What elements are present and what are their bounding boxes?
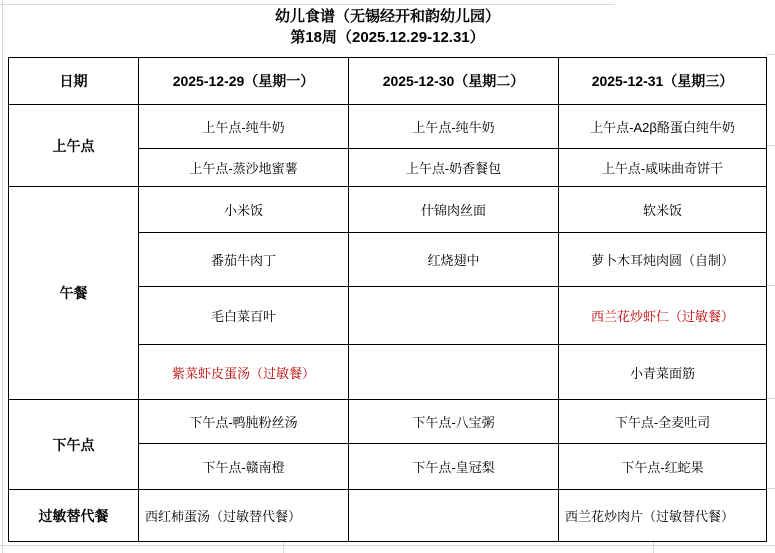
gridline (766, 145, 775, 146)
column-header-wednesday: 2025-12-31（星期三） (559, 58, 767, 105)
gridline (766, 398, 775, 399)
gridline (283, 541, 284, 553)
table-row: 上午点 上午点-纯牛奶 上午点-纯牛奶 上午点-A2β酪蛋白纯牛奶 (9, 105, 767, 149)
section-label-lunch: 午餐 (9, 187, 139, 400)
cell-lunch-r1-mon: 小米饭 (139, 187, 349, 233)
menu-table: 日期 2025-12-29（星期一） 2025-12-30（星期二） 2025-… (8, 57, 767, 542)
cell-morning-snack-r2-wed: 上午点-咸味曲奇饼干 (559, 149, 767, 187)
cell-lunch-r1-tue: 什锦肉丝面 (349, 187, 559, 233)
cell-morning-snack-r1-mon: 上午点-纯牛奶 (139, 105, 349, 149)
cell-allergy-substitute-wed: 西兰花炒肉片（过敏替代餐） (559, 490, 767, 542)
cell-afternoon-snack-r1-mon: 下午点-鸭肫粉丝汤 (139, 400, 349, 444)
table-row: 午餐 小米饭 什锦肉丝面 软米饭 (9, 187, 767, 233)
cell-lunch-r4-tue (349, 345, 559, 400)
section-label-allergy-substitute: 过敏替代餐 (9, 490, 139, 542)
section-label-morning-snack: 上午点 (9, 105, 139, 187)
cell-lunch-r1-wed: 软米饭 (559, 187, 767, 233)
cell-afternoon-snack-r1-tue: 下午点-八宝粥 (349, 400, 559, 444)
cell-morning-snack-r2-mon: 上午点-蒸沙地蜜薯 (139, 149, 349, 187)
cell-allergy-substitute-mon: 西红柿蛋汤（过敏替代餐） (139, 490, 349, 542)
column-header-monday: 2025-12-29（星期一） (139, 58, 349, 105)
cell-afternoon-snack-r2-wed: 下午点-红蛇果 (559, 444, 767, 490)
cell-afternoon-snack-r2-mon: 下午点-赣南橙 (139, 444, 349, 490)
gridline (766, 54, 775, 55)
cell-lunch-r2-mon: 番茄牛肉丁 (139, 233, 349, 287)
column-header-tuesday: 2025-12-30（星期二） (349, 58, 559, 105)
cell-morning-snack-r2-tue: 上午点-奶香餐包 (349, 149, 559, 187)
cell-lunch-r3-wed-allergy: 西兰花炒虾仁（过敏餐） (559, 287, 767, 345)
cell-afternoon-snack-r1-wed: 下午点-全麦吐司 (559, 400, 767, 444)
header-row: 日期 2025-12-29（星期一） 2025-12-30（星期二） 2025-… (9, 58, 767, 105)
gridline (653, 541, 654, 553)
cell-morning-snack-r1-wed: 上午点-A2β酪蛋白纯牛奶 (559, 105, 767, 149)
cell-morning-snack-r1-tue: 上午点-纯牛奶 (349, 105, 559, 149)
title-line-2: 第18周（2025.12.29-12.31） (0, 27, 775, 48)
gridline (766, 285, 775, 286)
page-title: 幼儿食谱（无锡经开和韵幼儿园） 第18周（2025.12.29-12.31） (0, 6, 775, 48)
cell-afternoon-snack-r2-tue: 下午点-皇冠梨 (349, 444, 559, 490)
date-header-label: 日期 (9, 58, 139, 105)
title-line-1: 幼儿食谱（无锡经开和韵幼儿园） (0, 6, 775, 27)
cell-lunch-r3-tue (349, 287, 559, 345)
table-row: 过敏替代餐 西红柿蛋汤（过敏替代餐） 西兰花炒肉片（过敏替代餐） (9, 490, 767, 542)
cell-lunch-r4-wed: 小青菜面筋 (559, 345, 767, 400)
cell-lunch-r2-tue: 红烧翅中 (349, 233, 559, 287)
gridline (766, 488, 775, 489)
cell-allergy-substitute-tue (349, 490, 559, 542)
gridline (2, 0, 3, 553)
gridline (0, 4, 615, 5)
cell-lunch-r2-wed: 萝卜木耳炖肉圆（自制） (559, 233, 767, 287)
gridline (0, 545, 775, 546)
section-label-afternoon-snack: 下午点 (9, 400, 139, 490)
cell-lunch-r4-mon-allergy: 紫菜虾皮蛋汤（过敏餐） (139, 345, 349, 400)
table-row: 下午点 下午点-鸭肫粉丝汤 下午点-八宝粥 下午点-全麦吐司 (9, 400, 767, 444)
cell-lunch-r3-mon: 毛白菜百叶 (139, 287, 349, 345)
